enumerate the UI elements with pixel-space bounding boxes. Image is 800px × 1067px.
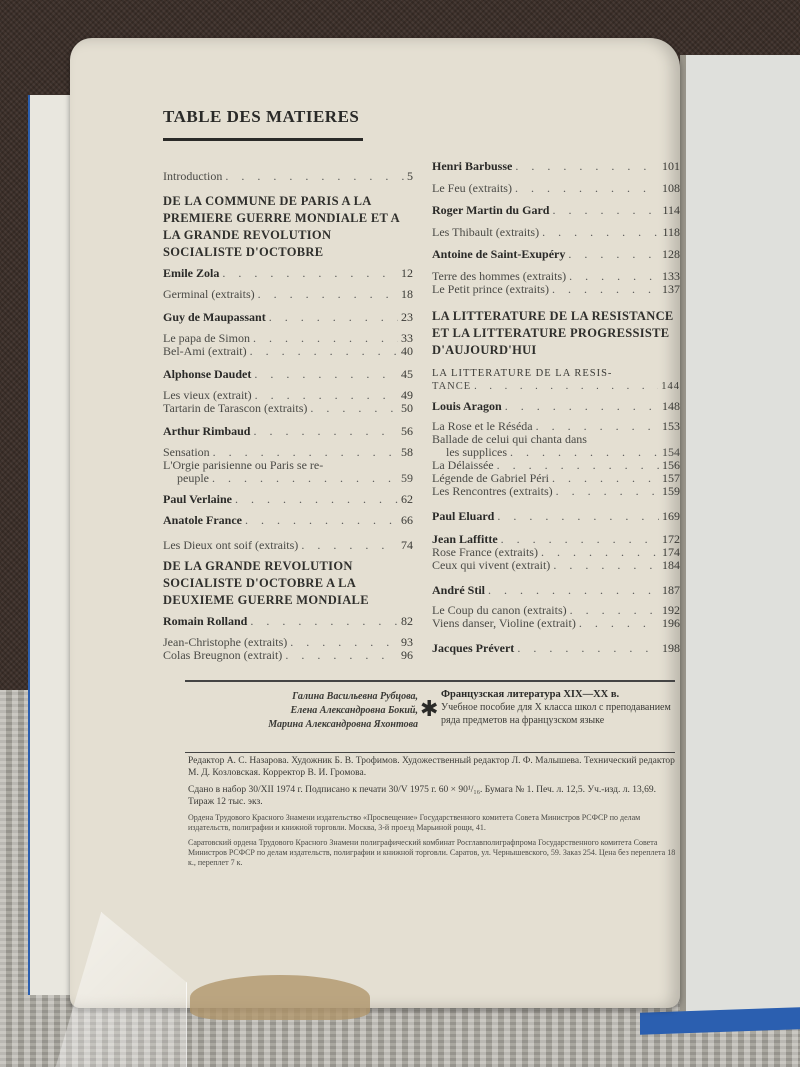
- imprint-publisher: Ордена Трудового Красного Знамени издате…: [188, 813, 680, 833]
- entry-label: Les Dieux ont soif (extraits): [163, 539, 298, 552]
- colophon-authors: Галина Васильевна Рубцова, Елена Алексан…: [190, 690, 418, 732]
- page-number: 128: [662, 248, 680, 261]
- toc-entry: Bel-Ami (extrait)40: [163, 345, 413, 358]
- page-number: 114: [662, 204, 680, 217]
- toc-entry: TANCE144: [432, 380, 680, 393]
- toc-entry: Le Feu (extraits)108: [432, 182, 680, 195]
- page-number: 148: [662, 400, 680, 413]
- leader-dots: [290, 636, 398, 649]
- book-title: Французская литература XIX—XX в.: [441, 688, 681, 701]
- water-stain: [190, 975, 370, 1020]
- entry-label: Romain Rolland: [163, 615, 247, 628]
- toc-entry: Les Rencontres (extraits)159: [432, 485, 680, 498]
- page-number: 96: [401, 649, 413, 662]
- page-number: 59: [401, 472, 413, 485]
- leader-dots: [285, 649, 398, 662]
- leader-dots: [269, 311, 398, 324]
- page-number: 45: [401, 368, 413, 381]
- entry-label: Le Feu (extraits): [432, 182, 512, 195]
- toc-entry: Henri Barbusse101: [432, 160, 680, 173]
- toc-entry: Les Dieux ont soif (extraits)74: [163, 539, 413, 552]
- page-number: 196: [662, 617, 680, 630]
- entry-label: Ceux qui vivent (extrait): [432, 559, 550, 572]
- entry-label: Bel-Ami (extrait): [163, 345, 247, 358]
- page-number: 144: [661, 380, 680, 393]
- leader-dots: [245, 514, 398, 527]
- page-number: 56: [401, 425, 413, 438]
- leader-dots: [579, 617, 659, 630]
- page-number: 23: [401, 311, 413, 324]
- entry-label: Louis Aragon: [432, 400, 502, 413]
- entry-label: Paul Verlaine: [163, 493, 232, 506]
- page-number: 82: [401, 615, 413, 628]
- imprint-print-info: Сдано в набор 30/XII 1974 г. Подписано к…: [188, 784, 680, 808]
- toc-entry: Les Thibault (extraits)118: [432, 226, 680, 239]
- entry-label: Les Rencontres (extraits): [432, 485, 553, 498]
- leader-dots: [510, 446, 659, 459]
- page-number: 184: [662, 559, 680, 572]
- entry-label: Germinal (extraits): [163, 288, 255, 301]
- toc-entry: Le Petit prince (extraits)137: [432, 283, 680, 296]
- toc-title: TABLE DES MATIERES: [163, 107, 359, 127]
- imprint-staff: Редактор А. С. Назарова. Художник Б. В. …: [188, 755, 680, 779]
- toc-entry: Jacques Prévert198: [432, 642, 680, 655]
- toc-entry: Arthur Rimbaud56: [163, 425, 413, 438]
- page-number: 40: [401, 345, 413, 358]
- page-number: 137: [662, 283, 680, 296]
- toc-entry: Paul Verlaine62: [163, 493, 413, 506]
- leader-dots: [570, 604, 659, 617]
- entry-label: Les Thibault (extraits): [432, 226, 539, 239]
- toc-entry: Paul Eluard169: [432, 510, 680, 523]
- imprint-printer: Саратовский ордена Трудового Красного Зн…: [188, 838, 680, 868]
- entry-label: André Stil: [432, 584, 485, 597]
- toc-entry: Ceux qui vivent (extrait)184: [432, 559, 680, 572]
- subsection-heading: LA LITTERATURE DE LA RESIS-TANCE144: [432, 367, 680, 393]
- toc-left-column: Introduction5DE LA COMMUNE DE PARIS A LA…: [163, 170, 413, 662]
- leader-dots: [212, 472, 398, 485]
- leader-dots: [301, 539, 398, 552]
- entry-label: Colas Breugnon (extrait): [163, 649, 282, 662]
- page-number: 62: [401, 493, 413, 506]
- page-number: 5: [407, 170, 413, 183]
- leader-dots: [517, 642, 659, 655]
- entry-label: Jacques Prévert: [432, 642, 514, 655]
- page-number: 169: [662, 510, 680, 523]
- leader-dots: [515, 182, 659, 195]
- leader-dots: [258, 288, 398, 301]
- page-number: 50: [401, 402, 413, 415]
- book-subtitle: Учебное пособие для X класса школ с преп…: [441, 701, 681, 727]
- entry-label: Tartarin de Tarascon (extraits): [163, 402, 307, 415]
- leader-dots: [552, 283, 659, 296]
- leader-dots: [497, 510, 659, 523]
- entry-label: peuple: [163, 472, 209, 485]
- toc-entry: Germinal (extraits)18: [163, 288, 413, 301]
- leader-dots: [253, 332, 398, 345]
- entry-label: Introduction: [163, 170, 222, 183]
- leader-dots: [569, 270, 659, 283]
- leader-dots: [250, 615, 398, 628]
- toc-entry: Roger Martin du Gard114: [432, 204, 680, 217]
- page-number: 187: [662, 584, 680, 597]
- toc-entry: Romain Rolland82: [163, 615, 413, 628]
- toc-entry: Emile Zola12: [163, 267, 413, 280]
- page-number: 101: [662, 160, 680, 173]
- section-heading: DE LA COMMUNE DE PARIS A LA PREMIERE GUE…: [163, 193, 413, 261]
- toc-entry: Colas Breugnon (extrait)96: [163, 649, 413, 662]
- leader-dots: [505, 400, 659, 413]
- leader-dots: [225, 170, 404, 183]
- page-number: 153: [662, 420, 680, 433]
- leader-dots: [515, 160, 659, 173]
- leader-dots: [568, 248, 659, 261]
- entry-label: Emile Zola: [163, 267, 219, 280]
- section-heading: DE LA GRANDE REVOLUTION SOCIALISTE D'OCT…: [163, 558, 413, 609]
- imprint: Редактор А. С. Назарова. Художник Б. В. …: [188, 755, 680, 873]
- toc-entry: André Stil187: [432, 584, 680, 597]
- page-number: 118: [662, 226, 680, 239]
- page-number: 198: [662, 642, 680, 655]
- leader-dots: [541, 546, 659, 559]
- colophon-book-info: Французская литература XIX—XX в. Учебное…: [441, 688, 681, 727]
- facing-page: [680, 55, 800, 1015]
- page-number: 108: [662, 182, 680, 195]
- page-number: 66: [401, 514, 413, 527]
- page-number: 12: [401, 267, 413, 280]
- leader-dots: [310, 402, 398, 415]
- title-underline: [163, 138, 363, 141]
- entry-label: Viens danser, Violine (extrait): [432, 617, 576, 630]
- toc-entry: Alphonse Daudet45: [163, 368, 413, 381]
- toc-entry: Guy de Maupassant23: [163, 311, 413, 324]
- entry-label: Le Petit prince (extraits): [432, 283, 549, 296]
- leader-dots: [254, 368, 398, 381]
- toc-entry: Louis Aragon148: [432, 400, 680, 413]
- leader-dots: [542, 226, 659, 239]
- toc-entry: peuple59: [163, 472, 413, 485]
- toc-right-column: Henri Barbusse101Le Feu (extraits)108Rog…: [432, 160, 680, 655]
- leader-dots: [222, 267, 398, 280]
- page-number: 18: [401, 288, 413, 301]
- section-heading: LA LITTERATURE DE LA RESISTANCE ET LA LI…: [432, 308, 680, 359]
- toc-entry: Anatole France66: [163, 514, 413, 527]
- page-number: 74: [401, 539, 413, 552]
- page-number: 159: [662, 485, 680, 498]
- entry-label: Anatole France: [163, 514, 242, 527]
- toc-entry: Antoine de Saint-Exupéry128: [432, 248, 680, 261]
- entry-label: Guy de Maupassant: [163, 311, 266, 324]
- entry-label: TANCE: [432, 380, 471, 393]
- leader-dots: [556, 485, 659, 498]
- entry-label: Alphonse Daudet: [163, 368, 251, 381]
- toc-entry-wrapped: L'Orgie parisienne ou Paris se re-peuple…: [163, 459, 413, 485]
- leader-dots: [253, 425, 398, 438]
- leader-dots: [488, 584, 659, 597]
- entry-label: Henri Barbusse: [432, 160, 512, 173]
- toc-entry: Introduction5: [163, 170, 413, 183]
- leader-dots: [235, 493, 398, 506]
- asterisk-icon: ✱: [420, 697, 438, 722]
- subsection-line: LA LITTERATURE DE LA RESIS-: [432, 367, 680, 380]
- entry-label: Antoine de Saint-Exupéry: [432, 248, 565, 261]
- toc-entry: Tartarin de Tarascon (extraits)50: [163, 402, 413, 415]
- leader-dots: [552, 472, 659, 485]
- toc-entry: Viens danser, Violine (extrait)196: [432, 617, 680, 630]
- page-number: 58: [401, 446, 413, 459]
- leader-dots: [250, 345, 398, 358]
- divider: [185, 752, 675, 753]
- entry-label: Arthur Rimbaud: [163, 425, 250, 438]
- entry-label: Roger Martin du Gard: [432, 204, 549, 217]
- leader-dots: [553, 559, 659, 572]
- leader-dots: [474, 380, 658, 393]
- entry-label: Paul Eluard: [432, 510, 494, 523]
- toc-entry-wrapped: Ballade de celui qui chanta dansles supp…: [432, 433, 680, 459]
- leader-dots: [552, 204, 659, 217]
- divider: [185, 680, 675, 682]
